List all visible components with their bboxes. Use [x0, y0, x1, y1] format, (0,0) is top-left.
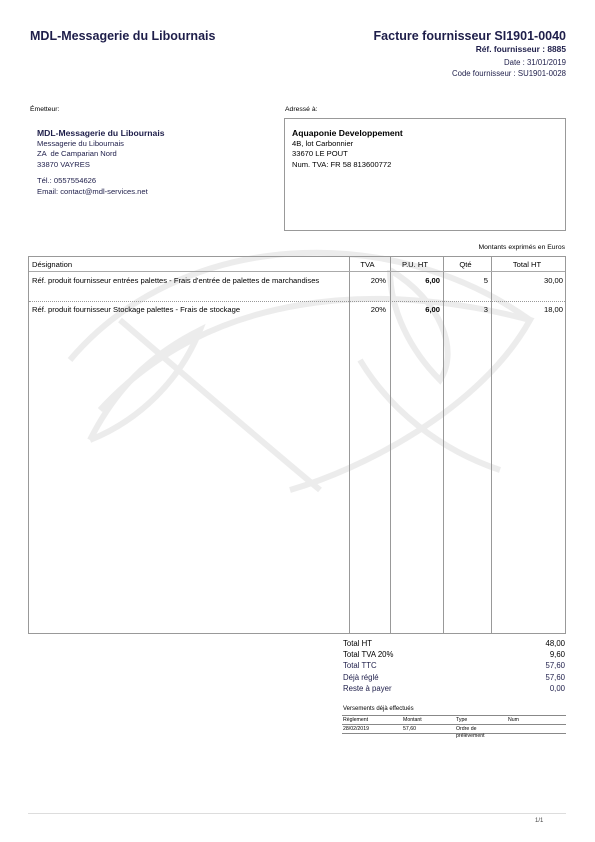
- row-qty: 5: [443, 276, 488, 286]
- row-tva: 20%: [349, 276, 386, 286]
- header-qty: Qté: [443, 260, 488, 270]
- header-pu: P.U. HT: [390, 260, 440, 270]
- row-designation: Réf. produit fournisseur entrées palette…: [32, 276, 347, 286]
- header-tva: TVA: [349, 260, 386, 270]
- row-total: 18,00: [491, 305, 563, 315]
- already-paid-row: Déjà réglé 57,60: [343, 672, 565, 683]
- payments-header-row: Règlement Montant Type Num: [342, 715, 566, 725]
- header-total: Total HT: [491, 260, 563, 270]
- supplier-ref: Réf. fournisseur : 8885: [476, 44, 566, 54]
- total-tva-value: 9,60: [550, 649, 565, 660]
- row-designation: Réf. produit fournisseur Stockage palett…: [32, 305, 347, 315]
- recipient-line1: 4B, lot Carbonnier: [292, 139, 403, 150]
- company-title: MDL-Messagerie du Libournais: [30, 29, 215, 43]
- payments-header-date: Règlement: [343, 717, 368, 723]
- recipient-vat: Num. TVA: FR 58 813600772: [292, 160, 403, 171]
- sender-line2: ZA de Camparian Nord: [37, 149, 165, 160]
- remaining-value: 0,00: [550, 683, 565, 694]
- sender-line3: 33870 VAYRES: [37, 160, 165, 171]
- invoice-date: Date : 31/01/2019: [504, 58, 566, 67]
- row-pu: 6,00: [390, 305, 440, 315]
- row-tva: 20%: [349, 305, 386, 315]
- payments-header-amount: Montant: [403, 717, 422, 723]
- header-designation: Désignation: [32, 260, 347, 270]
- invoice-lines-table: Désignation TVA P.U. HT Qté Total HT Réf…: [28, 256, 566, 634]
- total-ht-row: Total HT 48,00: [343, 638, 565, 649]
- invoice-title: Facture fournisseur SI1901-0040: [374, 29, 566, 43]
- sender-line1: Messagerie du Libournais: [37, 139, 165, 150]
- payment-date: 28/02/2019: [343, 726, 369, 732]
- total-tva-row: Total TVA 20% 9,60: [343, 649, 565, 660]
- recipient-name: Aquaponie Developpement: [292, 128, 403, 139]
- payment-type: Ordre de prélèvement: [456, 726, 496, 740]
- total-ht-label: Total HT: [343, 638, 372, 649]
- recipient-label: Adressé à:: [285, 106, 318, 113]
- payments-row: 28/02/2019 57,60 Ordre de prélèvement: [342, 725, 566, 734]
- remaining-label: Reste à payer: [343, 683, 392, 694]
- total-ttc-row: Total TTC 57,60: [343, 660, 565, 671]
- sender-label: Émetteur:: [30, 106, 59, 113]
- row-divider: [29, 301, 565, 302]
- totals-block: Total HT 48,00 Total TVA 20% 9,60 Total …: [343, 638, 565, 694]
- footer-divider: [28, 813, 566, 814]
- payments-title: Versements déjà effectués: [343, 706, 414, 712]
- remaining-row: Reste à payer 0,00: [343, 683, 565, 694]
- total-ttc-value: 57,60: [545, 660, 565, 671]
- total-tva-label: Total TVA 20%: [343, 649, 393, 660]
- currency-note: Montants exprimés en Euros: [478, 244, 565, 251]
- row-pu: 6,00: [390, 276, 440, 286]
- total-ttc-label: Total TTC: [343, 660, 377, 671]
- payments-header-type: Type: [456, 717, 467, 723]
- payments-header-num: Num: [508, 717, 519, 723]
- row-total: 30,00: [491, 276, 563, 286]
- row-qty: 3: [443, 305, 488, 315]
- recipient-line2: 33670 LE POUT: [292, 149, 403, 160]
- recipient-block: Aquaponie Developpement 4B, lot Carbonni…: [292, 128, 403, 170]
- sender-name: MDL-Messagerie du Libournais: [37, 128, 165, 139]
- supplier-code: Code fournisseur : SU1901-0028: [452, 69, 566, 78]
- payment-amount: 57,60: [403, 726, 416, 732]
- already-paid-label: Déjà réglé: [343, 672, 379, 683]
- header-divider: [29, 271, 565, 272]
- sender-email: Email: contact@mdl-services.net: [37, 187, 165, 198]
- total-ht-value: 48,00: [545, 638, 565, 649]
- already-paid-value: 57,60: [545, 672, 565, 683]
- sender-phone: Tél.: 0557554626: [37, 176, 165, 187]
- sender-block: MDL-Messagerie du Libournais Messagerie …: [37, 128, 165, 198]
- payments-table: Règlement Montant Type Num 28/02/2019 57…: [342, 715, 566, 734]
- page-number: 1/1: [535, 818, 543, 824]
